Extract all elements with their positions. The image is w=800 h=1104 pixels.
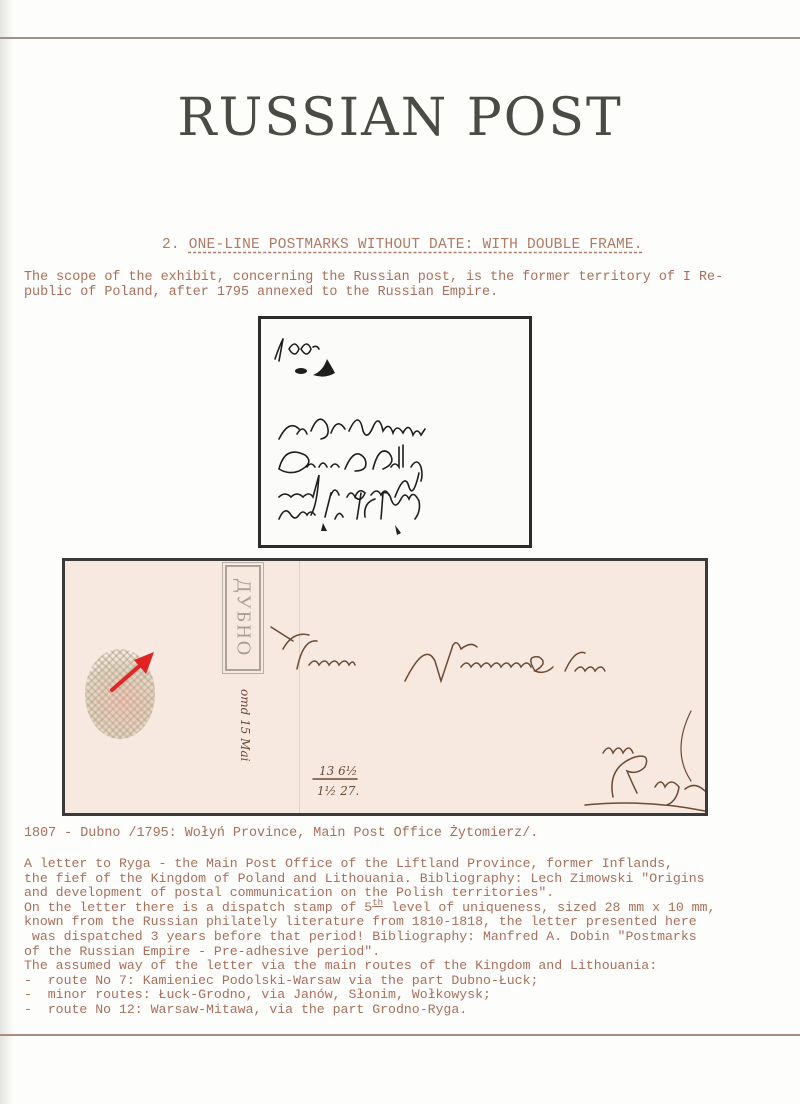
route-item: - route No 12: Warsaw-Mitawa, via the pa… bbox=[24, 1003, 794, 1018]
cover-image-small bbox=[258, 316, 532, 548]
description-line: The assumed way of the letter via the ma… bbox=[24, 959, 794, 974]
intro-line: public of Poland, after 1795 annexed to … bbox=[24, 285, 784, 300]
description-line: On the letter there is a dispatch stamp … bbox=[24, 901, 794, 916]
description-paragraph: A letter to Ryga - the Main Post Office … bbox=[24, 857, 794, 1018]
description-line: known from the Russian philately literat… bbox=[24, 915, 794, 930]
bottom-rule bbox=[0, 1034, 800, 1036]
rate-mark-top: 13 6½ bbox=[319, 764, 357, 778]
handwritten-address-drawing: 13 6½ 1½ 27. omd 15 Mai bbox=[65, 561, 708, 816]
side-note: omd 15 Mai bbox=[238, 689, 252, 762]
section-heading: 2. ONE-LINE POSTMARKS WITHOUT DATE: WITH… bbox=[162, 237, 643, 253]
section-heading-text: ONE-LINE POSTMARKS WITHOUT DATE: WITH DO… bbox=[189, 237, 643, 253]
scan-edge-shadow bbox=[0, 0, 14, 1104]
handwritten-address-drawing bbox=[261, 319, 532, 548]
description-line: and development of postal communication … bbox=[24, 886, 794, 901]
description-line: of the Russian Empire - Pre-adhesive per… bbox=[24, 945, 794, 960]
route-item: - route No 7: Kamieniec Podolski-Warsaw … bbox=[24, 974, 794, 989]
route-list: - route No 7: Kamieniec Podolski-Warsaw … bbox=[24, 974, 794, 1018]
cover-caption: 1807 - Dubno /1795: Wołyń Province, Main… bbox=[24, 826, 538, 841]
description-line: A letter to Ryga - the Main Post Office … bbox=[24, 857, 794, 872]
intro-paragraph: The scope of the exhibit, concerning the… bbox=[24, 270, 784, 300]
section-number: 2. bbox=[162, 237, 180, 253]
intro-line: The scope of the exhibit, concerning the… bbox=[24, 270, 784, 285]
description-line: the fief of the Kingdom of Poland and Li… bbox=[24, 872, 794, 887]
page-title: RUSSIAN POST bbox=[0, 88, 800, 148]
description-line: was dispatched 3 years before that perio… bbox=[24, 930, 794, 945]
top-rule bbox=[0, 37, 800, 39]
cover-image-letter: ДУБНО 13 6½ 1½ 27. omd 15 Mai bbox=[62, 558, 708, 816]
red-arrow-icon bbox=[108, 648, 158, 694]
route-item: - minor routes: Łuck-Grodno, via Janów, … bbox=[24, 988, 794, 1003]
rate-mark-bottom: 1½ 27. bbox=[317, 784, 359, 798]
